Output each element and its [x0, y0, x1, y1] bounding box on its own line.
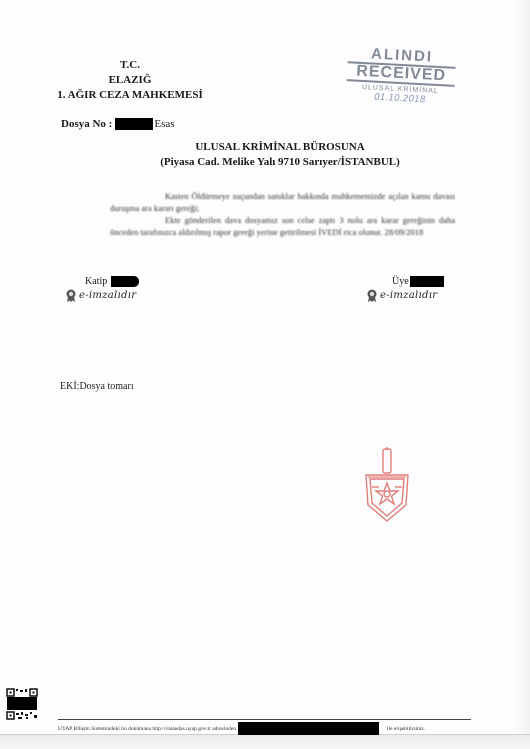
letter-body: Kasten Öldürmeye suçundan sanıklar hakkı… [110, 190, 455, 238]
file-number-label: Dosya No : [61, 118, 112, 130]
signature-clerk: Katip e-imzalıdır [85, 276, 139, 302]
page-edge [0, 734, 530, 749]
page-edge [516, 0, 530, 749]
recipient-block: ULUSAL KRİMİNAL BÜROSUNA (Piyasa Cad. Me… [60, 140, 500, 170]
file-number: Dosya No : Esas [61, 118, 175, 130]
body-paragraph: Ekte gönderilen dava dosyamız son celse … [110, 214, 455, 238]
file-number-suffix: Esas [154, 118, 174, 130]
attachment-note: EKİ:Dosya tomarı [60, 381, 134, 392]
body-paragraph: Kasten Öldürmeye suçundan sanıklar hakkı… [110, 190, 455, 214]
header-court: 1. AĞIR CEZA MAHKEMESİ [50, 88, 210, 103]
footer-note: UYAP Bilişim Sistemindeki bu dokümana ht… [58, 722, 478, 735]
signature-title: Üye [392, 276, 409, 287]
document-page: T.C. ELAZIĞ 1. AĞIR CEZA MAHKEMESİ ALIND… [0, 0, 530, 749]
redaction-bar [115, 118, 153, 130]
received-stamp: ALINDI RECEIVED ULUSAL KRİMİNAL 01.10.20… [346, 45, 457, 109]
header-city: ELAZIĞ [50, 73, 210, 88]
signature-title: Katip [85, 276, 107, 287]
e-signature: e-imzalıdır [366, 289, 444, 302]
redaction-bar [238, 722, 379, 735]
court-header: T.C. ELAZIĞ 1. AĞIR CEZA MAHKEMESİ [50, 58, 210, 103]
recipient-name: ULUSAL KRİMİNAL BÜROSUNA [60, 140, 500, 155]
footer-text-before: UYAP Bilişim Sistemindeki bu dokümana ht… [58, 726, 236, 732]
footer-divider [58, 719, 471, 720]
signature-member: Üye e-imzalıdır [392, 276, 444, 302]
police-emblem-icon [362, 447, 412, 527]
seal-icon [65, 289, 77, 302]
footer-text-after: ile erişebilirsiniz. [387, 726, 425, 732]
redaction-bar [111, 276, 139, 287]
redaction-bar [410, 276, 444, 287]
e-signature-label: e-imzalıdır [79, 290, 136, 301]
recipient-address: (Piyasa Cad. Melike Yalı 9710 Sarıyer/İS… [60, 155, 500, 170]
seal-icon [366, 289, 378, 302]
qr-code-icon [6, 688, 38, 720]
e-signature: e-imzalıdır [65, 289, 139, 302]
e-signature-label: e-imzalıdır [380, 290, 437, 301]
header-country: T.C. [50, 58, 210, 73]
